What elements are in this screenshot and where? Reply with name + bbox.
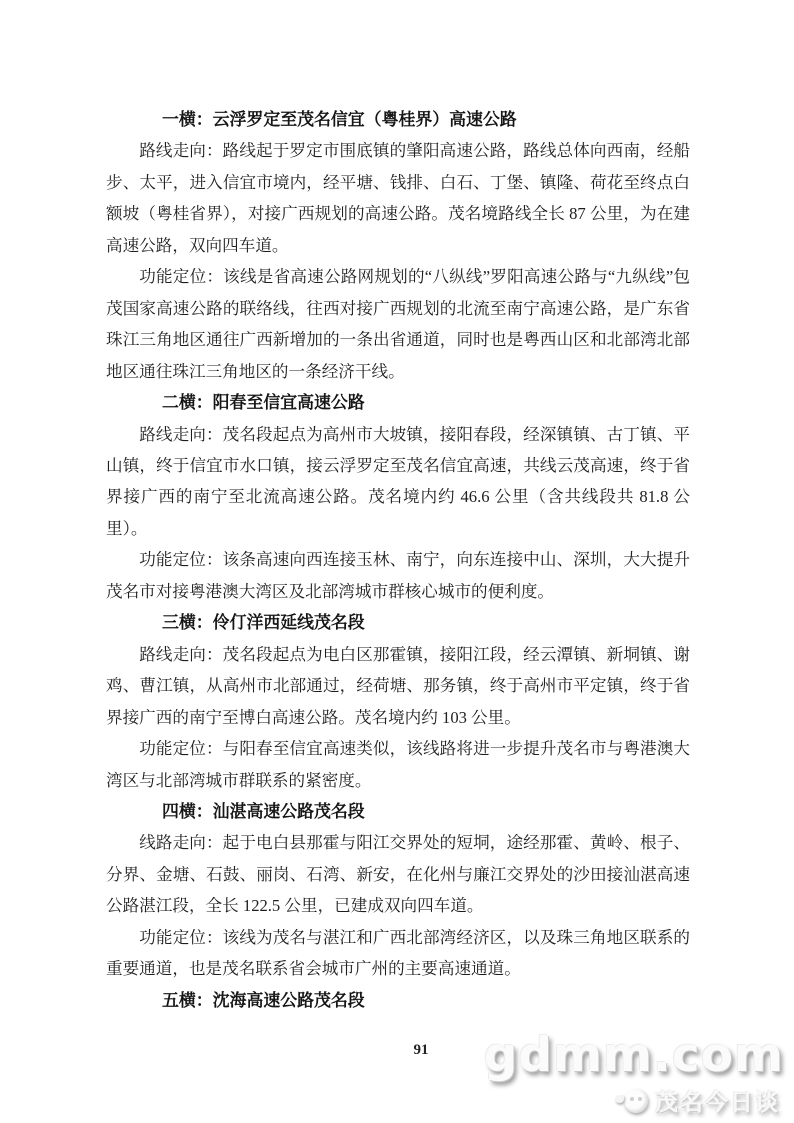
section-3-function-paragraph: 功能定位：与阳春至信宜高速类似，该线路将进一步提升茂名市与粤港澳大湾区与北部湾城… — [106, 733, 690, 796]
section-1-heading: 一横：云浮罗定至茂名信宜（粤桂界）高速公路 — [106, 104, 690, 135]
page-number: 91 — [403, 1042, 439, 1059]
section-4: 四横：汕湛高速公路茂名段 线路走向：起于电白县那霍与阳江交界处的短垌，途经那霍、… — [106, 796, 690, 985]
document-page: 一横：云浮罗定至茂名信宜（粤桂界）高速公路 路线走向：路线起于罗定市围底镇的肇阳… — [0, 0, 794, 1123]
section-2: 二横：阳春至信宜高速公路 路线走向：茂名段起点为高州市大坡镇，接阳春段，经深镇镇… — [106, 387, 690, 607]
section-1: 一横：云浮罗定至茂名信宜（粤桂界）高速公路 路线走向：路线起于罗定市围底镇的肇阳… — [106, 104, 690, 387]
section-2-heading: 二横：阳春至信宜高速公路 — [106, 387, 690, 418]
watermark: gdmm.com 茂名今日谈 — [484, 1030, 784, 1117]
section-5: 五横：沈海高速公路茂名段 — [106, 985, 690, 1016]
document-body: 一横：云浮罗定至茂名信宜（粤桂界）高速公路 路线走向：路线起于罗定市围底镇的肇阳… — [106, 104, 690, 1016]
watermark-label: 茂名今日谈 — [655, 1084, 780, 1117]
section-1-route-paragraph: 路线走向：路线起于罗定市围底镇的肇阳高速公路，路线总体向西南，经船步、太平，进入… — [106, 135, 690, 261]
section-4-function-paragraph: 功能定位：该线为茂名与湛江和广西北部湾经济区，以及珠三角地区联系的重要通道，也是… — [106, 922, 690, 985]
section-2-route-paragraph: 路线走向：茂名段起点为高州市大坡镇，接阳春段，经深镇镇、古丁镇、平山镇，终于信宜… — [106, 419, 690, 545]
chat-bubble-face-icon — [624, 1089, 648, 1113]
section-3-route-paragraph: 路线走向：茂名段起点为电白区那霍镇，接阳江段，经云潭镇、新垌镇、谢鸡、曹江镇，从… — [106, 639, 690, 733]
section-1-function-paragraph: 功能定位：该线是省高速公路网规划的“八纵线”罗阳高速公路与“九纵线”包茂国家高速… — [106, 261, 690, 387]
section-5-heading: 五横：沈海高速公路茂名段 — [106, 985, 690, 1016]
section-2-function-paragraph: 功能定位：该条高速向西连接玉林、南宁，向东连接中山、深圳，大大提升茂名市对接粤港… — [106, 544, 690, 607]
section-3-heading: 三横：伶仃洋西延线茂名段 — [106, 607, 690, 638]
section-4-heading: 四横：汕湛高速公路茂名段 — [106, 796, 690, 827]
section-4-route-paragraph: 线路走向：起于电白县那霍与阳江交界处的短垌，途经那霍、黄岭、根子、分界、金塘、石… — [106, 827, 690, 921]
section-3: 三横：伶仃洋西延线茂名段 路线走向：茂名段起点为电白区那霍镇，接阳江段，经云潭镇… — [106, 607, 690, 796]
watermark-site-text: gdmm.com — [484, 1030, 784, 1082]
watermark-label-row: 茂名今日谈 — [484, 1084, 784, 1117]
